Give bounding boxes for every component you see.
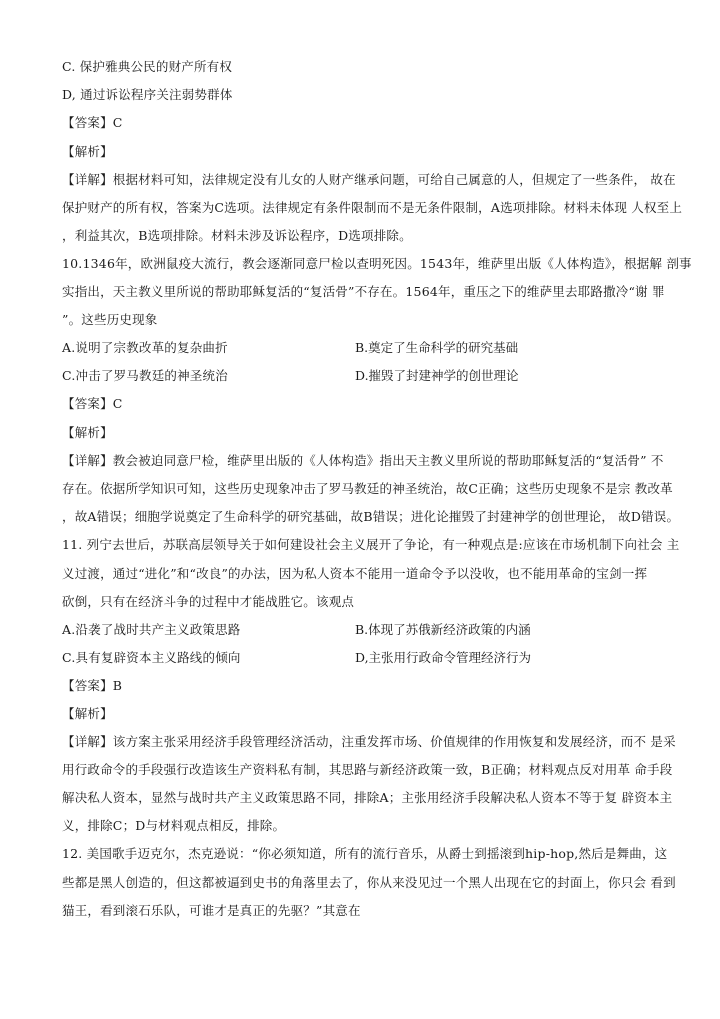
- explanation-q9-line: ，利益其次，B选项排除。材料未涉及诉讼程序，D选项排除。: [62, 228, 662, 244]
- option-d-q11: D,主张用行政命令管理经济行为: [355, 650, 531, 666]
- question-10-line: 实指出，天主教义里所说的帮助耶稣复活的“复活骨”不存在。1564年，重压之下的维…: [62, 284, 662, 300]
- explanation-q11-line: 【详解】该方案主张采用经济手段管理经济活动，注重发挥市场、价值规律的作用恢复和发…: [62, 734, 662, 750]
- option-d-q10: D.摧毁了封建神学的创世理论: [355, 368, 519, 384]
- explanation-q11-line: 义，排除C；D与材料观点相反，排除。: [62, 818, 662, 834]
- explanation-q11-line: 用行政命令的手段强行改造该生产资料私有制，其思路与新经济政策一致，B正确；材料观…: [62, 762, 662, 778]
- option-b-q10: B.奠定了生命科学的研究基础: [355, 340, 518, 356]
- option-b-q11: B.体现了苏俄新经济政策的内涵: [355, 622, 531, 638]
- analysis-heading-q10: 【解析】: [62, 425, 662, 441]
- explanation-q9-line: 【详解】根据材料可知，法律规定没有儿女的人财产继承问题，可给自己属意的人，但规定…: [62, 172, 662, 188]
- answer-q10: 【答案】C: [62, 396, 662, 412]
- explanation-q9-line: 保护财产的所有权，答案为C选项。法律规定有条件限制而不是无条件限制，A选项排除。…: [62, 200, 662, 216]
- answer-q11: 【答案】B: [62, 678, 662, 694]
- analysis-heading-q11: 【解析】: [62, 706, 662, 722]
- question-11-line: 11. 列宁去世后，苏联高层领导关于如何建设社会主义展开了争论，有一种观点是:应…: [62, 537, 662, 553]
- option-c-q9: C. 保护雅典公民的财产所有权: [62, 59, 662, 75]
- explanation-q10-line: ，故A错误；细胞学说奠定了生命科学的研究基础，故B错误；进化论摧毁了封建神学的创…: [62, 509, 662, 525]
- explanation-q11-line: 解决私人资本，显然与战时共产主义政策思路不同，排除A；主张用经济手段解决私人资本…: [62, 790, 662, 806]
- option-d-q9: D, 通过诉讼程序关注弱势群体: [62, 87, 662, 103]
- explanation-q10-line: 【详解】教会被迫同意尸检，维萨里出版的《人体构造》指出天主教义里所说的帮助耶稣复…: [62, 453, 662, 469]
- question-12-line: 12. 美国歌手迈克尔，杰克逊说：“你必须知道，所有的流行音乐，从爵士到摇滚到h…: [62, 846, 662, 862]
- answer-q9: 【答案】C: [62, 115, 662, 131]
- question-12-line: 些都是黑人创造的，但这都被逼到史书的角落里去了，你从来没见过一个黑人出现在它的封…: [62, 875, 662, 891]
- question-11-line: 砍倒，只有在经济斗争的过程中才能战胜它。该观点: [62, 594, 662, 610]
- explanation-q10-line: 存在。依据所学知识可知，这些历史现象冲击了罗马教廷的神圣统治，故C正确；这些历史…: [62, 481, 662, 497]
- question-12-line: 猫王，看到滚石乐队，可谁才是真正的先驱？”其意在: [62, 903, 662, 919]
- question-10-line: 10.1346年，欧洲鼠疫大流行，教会逐渐同意尸检以查明死因。1543年，维萨里…: [62, 256, 662, 272]
- analysis-heading-q9: 【解析】: [62, 144, 662, 160]
- question-11-line: 义过渡，通过“进化”和“改良”的办法，因为私人资本不能用一道命令予以没收，也不能…: [62, 566, 662, 582]
- question-10-line: ”。这些历史现象: [62, 312, 662, 328]
